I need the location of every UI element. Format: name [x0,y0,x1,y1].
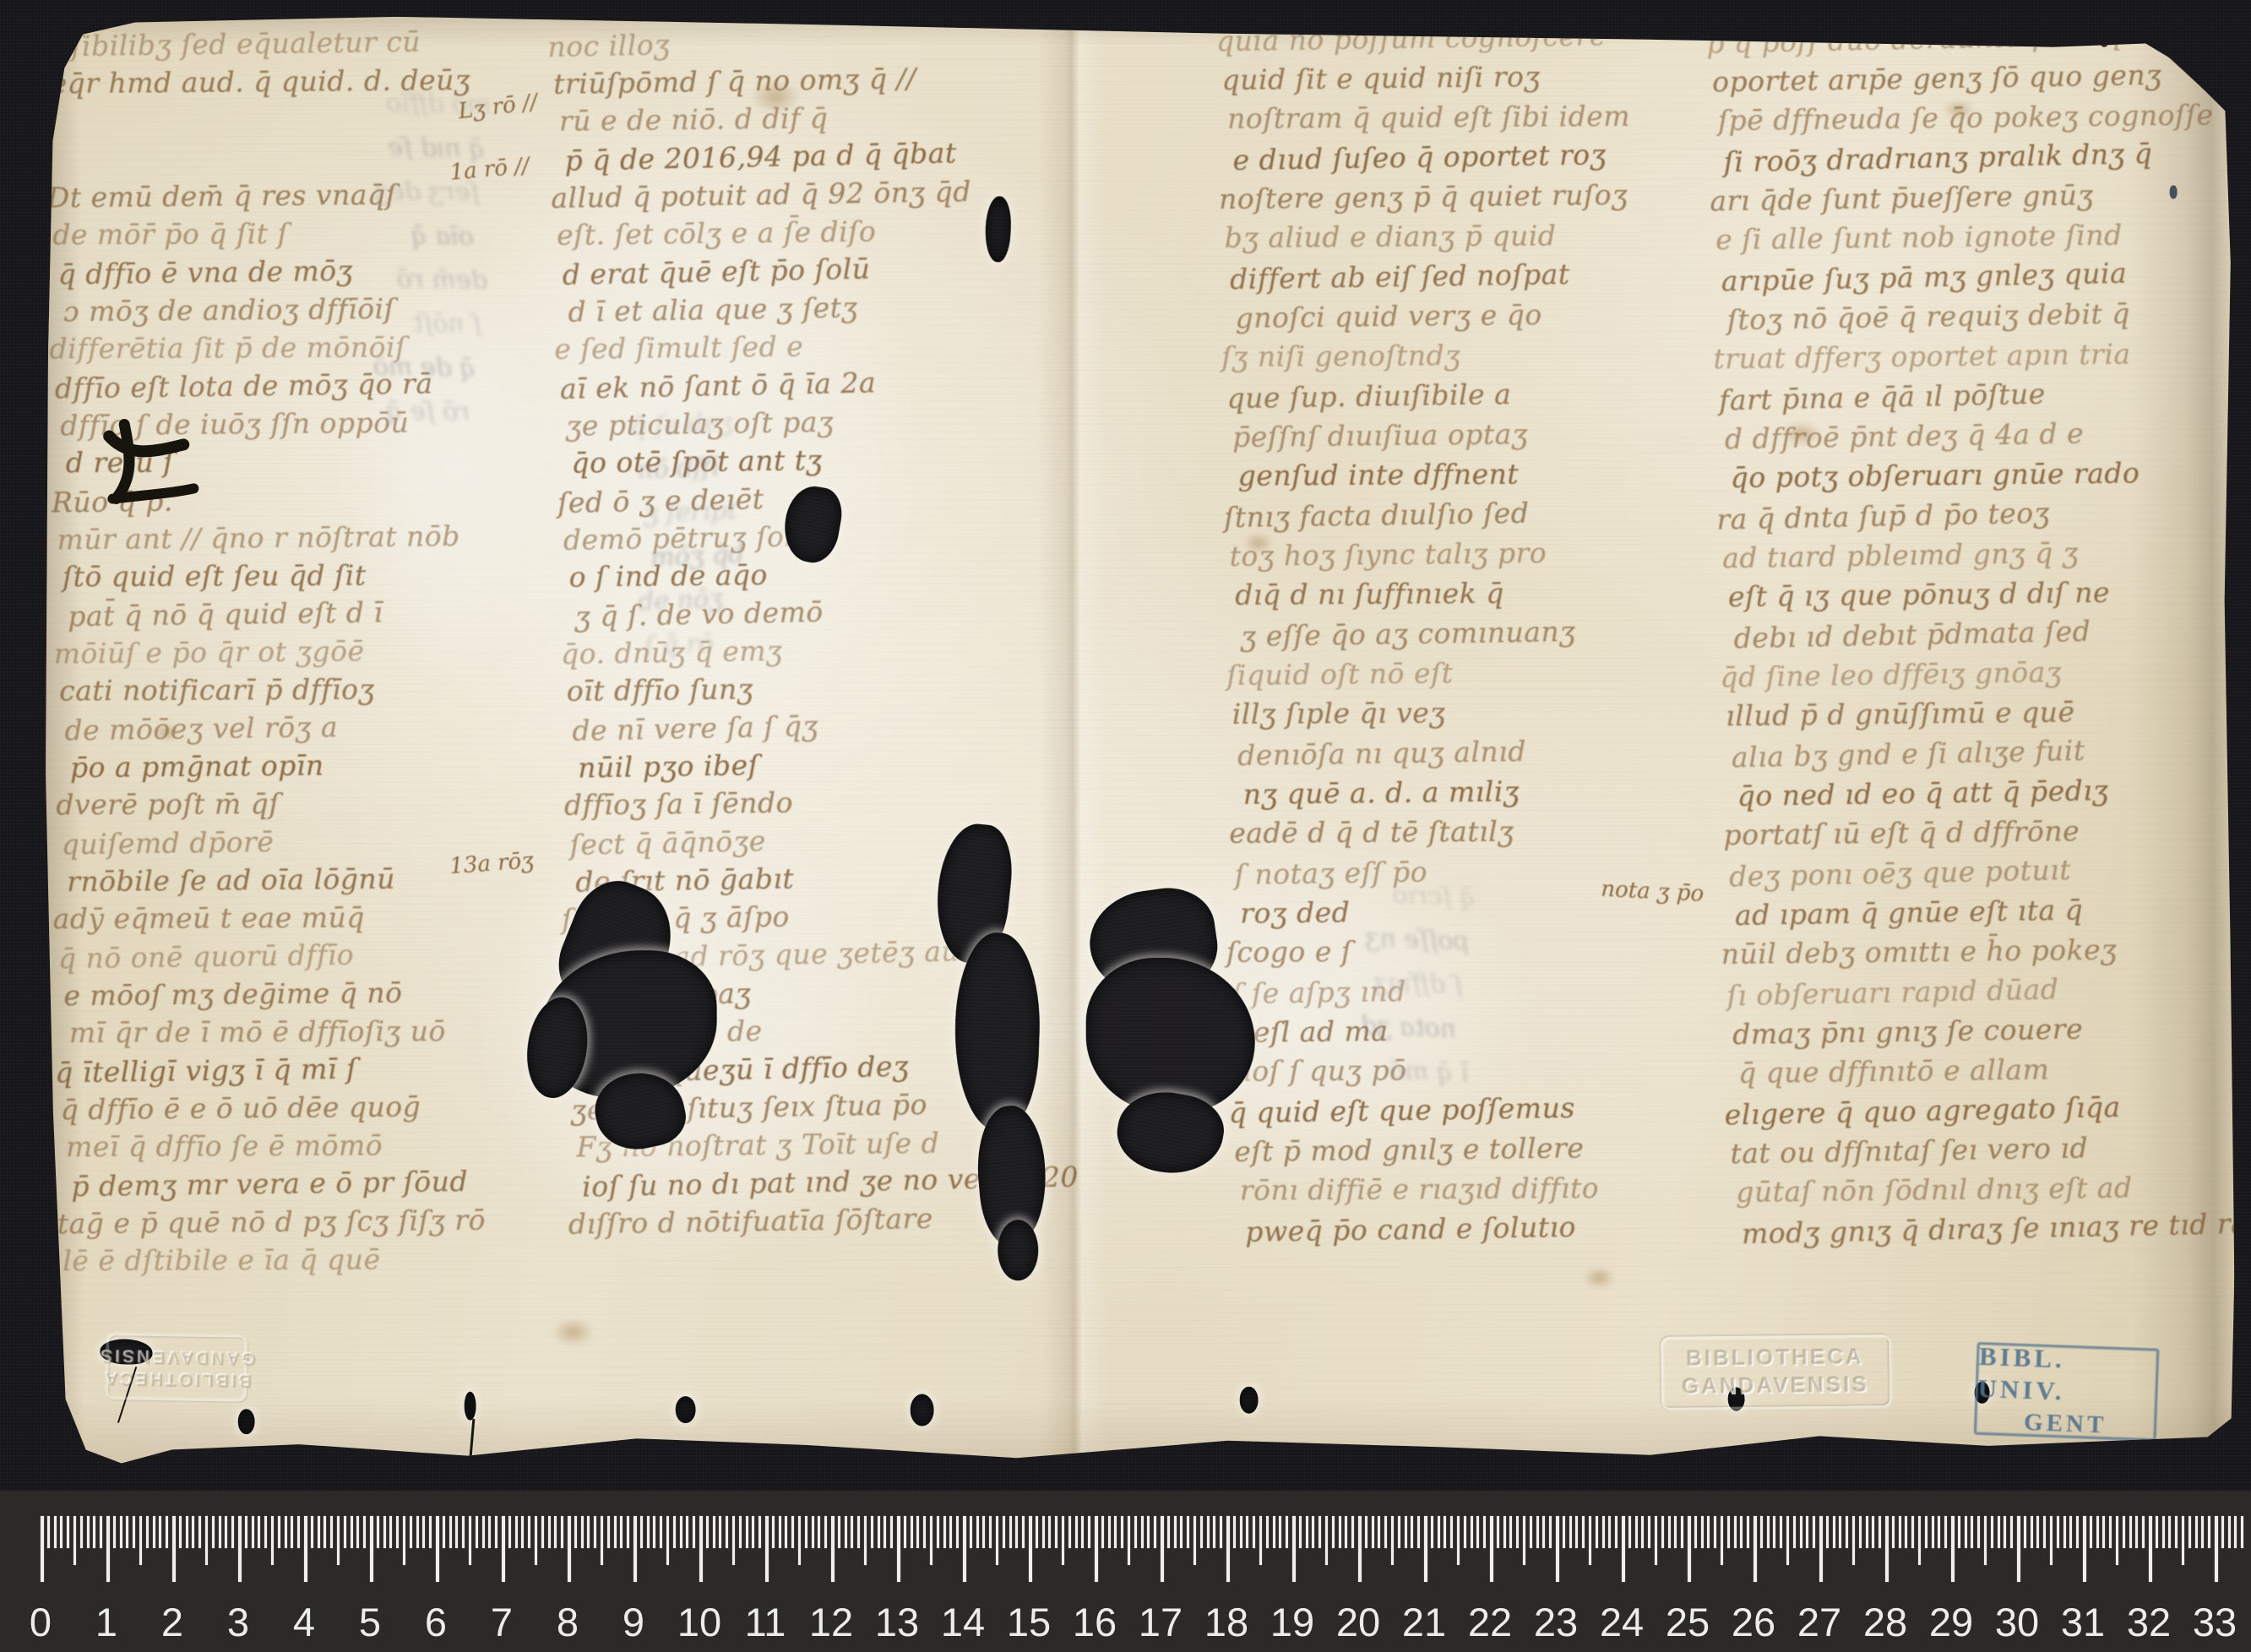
handwritten-line: nō dffī [637,452,742,500]
ruler-tick [1286,1516,1288,1548]
ruler-tick [192,1516,194,1548]
ruler-tick [1958,1516,1960,1548]
ruler-tick [179,1516,182,1548]
ruler-tick [1932,1516,1934,1548]
handwritten-line: allud q̄ potuit ad q̄ 92 ōnʒ q̄d [551,175,973,220]
handwritten-line: ad ıpam q̄ gnūe eſt ıta q̄ [1735,892,2184,939]
handwritten-line: nʒ quē a. d. a mıliʒ [1243,773,1664,817]
ruler-tick [1490,1516,1493,1582]
ruler-tick [1813,1516,1815,1548]
ruler-tick [1885,1516,1889,1582]
handwritten-line: dem̄ rō [373,264,487,310]
ruler-tick [1892,1516,1895,1548]
handwritten-line: bʒ aliud e dianʒ p̄ quid [1224,219,1657,261]
worm-hole [238,1409,255,1434]
ruler-tick [726,1516,728,1548]
ruler-tick [476,1516,478,1548]
ruler-tick [2129,1516,2132,1548]
ruler-tick [864,1516,867,1565]
ruler-tick [554,1516,557,1548]
ruler-tick [1154,1516,1156,1548]
ruler-tick [1549,1516,1552,1548]
handwritten-line: q̄ ītelligī vigʒ ī q̄ mī ſ [55,1051,469,1095]
ruler-number: 14 [941,1599,985,1645]
ruler-tick [1911,1516,1914,1548]
ruler-number: 33 [2193,1599,2237,1645]
ruler-number: 7 [491,1599,513,1645]
handwritten-line: q̄o ned ıd eo q̄ att q̄ p̄edıʒ [1737,773,2182,819]
ruler-tick [1984,1516,1987,1565]
ruler-tick [100,1516,102,1548]
ruler-tick [594,1516,596,1548]
handwritten-line: d ī et alia que ʒ ſetʒ [568,289,975,334]
ruler-tick [1734,1516,1737,1548]
ruler-tick [1753,1516,1757,1582]
handwritten-line: rōnı diffiē e rıaʒıd diffıto [1240,1171,1668,1214]
handwritten-line: noſtram q̄ quid eſt ſibi idem [1227,100,1656,142]
ruler-tick [1516,1516,1519,1548]
ruler-tick [212,1516,215,1548]
ruler-tick [330,1516,333,1548]
handwritten-line: q̄ ſe deʒ [630,408,741,456]
ruler-tick [1615,1516,1618,1548]
ruler-tick [1688,1516,1691,1582]
stamp-text: GENT [2023,1406,2107,1442]
ruler-tick [166,1516,168,1548]
ruler-tick [462,1516,465,1548]
ruler-tick [1088,1516,1090,1548]
ruler-tick [1068,1516,1071,1548]
ruler-number: 12 [809,1599,853,1645]
handwritten-line: dffīoʒ ſa ī ſēndo [564,784,982,827]
stamp-text: GANDAVENSIS [1683,1371,1870,1400]
handwritten-line: q̄ nō onē quorū dffīo [58,937,468,981]
ruler-tick [2228,1516,2231,1548]
ruler-number: 6 [425,1599,447,1645]
handwritten-line: e ſed ſimult ſed e [554,328,975,371]
ruler-tick [1417,1516,1420,1548]
ruler-tick [198,1516,201,1548]
ruler-tick [1062,1516,1064,1565]
worm-hole [676,1396,696,1423]
ruler-tick [1411,1516,1413,1548]
ruler-tick [443,1516,445,1548]
ruler-tick [291,1516,293,1548]
ruler-number: 30 [1995,1599,2039,1645]
ruler-tick [1372,1516,1374,1548]
handwritten-line: illʒ ſıple q̄ı veʒ [1232,695,1663,737]
ruler-tick [2201,1516,2204,1548]
ruler-tick [937,1516,939,1548]
stain [1783,421,1820,446]
ruler-tick [1450,1516,1453,1548]
ruler-tick [344,1516,346,1548]
handwritten-line: p̄o a pmḡnat opīn [70,747,465,789]
ruler-tick [73,1516,76,1565]
ruler-tick [1464,1516,1466,1548]
ruler-tick [838,1516,840,1548]
ruler-tick [318,1516,320,1548]
ruler-tick [2156,1516,2158,1548]
ruler-tick [1655,1516,1657,1565]
ruler-tick [1240,1516,1242,1548]
ruler-tick [686,1516,688,1548]
ruler-number: 18 [1204,1599,1248,1645]
bottom-edge-shade [46,1394,2235,1490]
handwritten-line: ʒ ſerıpt [644,496,744,543]
ruler-tick [1220,1516,1222,1548]
ruler-tick [133,1516,135,1548]
manuscript-page: e ſibilibʒ ſed eq̄ualetur cūeq̄r hmd aud… [42,9,2235,1490]
ruler-tick [258,1516,260,1548]
ruler-tick [956,1516,959,1548]
handwritten-line: demō pētruʒ ſolū [563,517,979,562]
ruler-tick [139,1516,142,1565]
handwritten-line: meī q̄ dffīo ſe ē mōmō [66,1128,469,1168]
ruler-tick [1483,1516,1486,1548]
ruler-tick [403,1516,405,1565]
ruler-tick [2076,1516,2079,1548]
ruler-tick [1714,1516,1716,1548]
ruler-tick [113,1516,116,1548]
ruler-tick [1727,1516,1730,1548]
ruler-tick [713,1516,715,1548]
handwritten-line: arı q̄de ſunt p̄ueſſere gnūʒ [1710,177,2172,225]
ruler-tick [87,1516,90,1548]
ruler-tick [1503,1516,1506,1548]
ruler-tick [1674,1516,1677,1548]
ruler-tick [1965,1516,1967,1548]
ruler-tick [508,1516,511,1548]
ruler-number: 25 [1666,1599,1710,1645]
ruler-tick [271,1516,274,1565]
ruler-tick [410,1516,412,1548]
ruler-tick [219,1516,221,1548]
ruler-tick [739,1516,742,1548]
ruler-tick [1773,1516,1775,1548]
handwritten-line: gūtaſ nōn ſōdnıl dnıʒ eſt ad [1736,1171,2188,1215]
stain [1582,1266,1616,1290]
handwritten-line: rō ſe q̄ [372,396,470,442]
ruler-tick [1866,1516,1868,1548]
ruler-tick [1055,1516,1058,1548]
ruler-tick [1141,1516,1144,1548]
ruler-tick [1509,1516,1512,1548]
handwritten-line: o ſ ind de aq̄o [568,556,978,599]
ruler-tick [2069,1516,2072,1548]
ruler-number: 13 [875,1599,919,1645]
ink-speck [2170,185,2178,198]
ruler-tick [311,1516,313,1548]
ruler-tick [982,1516,985,1548]
ruler-tick [1971,1516,1973,1548]
ruler-tick [1036,1516,1038,1548]
handwritten-line: q̄o potʒ obſeruarı gnūe rado [1730,456,2177,501]
handwritten-line: ſʒ niſi genoſtndʒ [1221,338,1659,380]
ruler-tick [923,1516,926,1548]
ruler-tick [1075,1516,1078,1548]
ruler-number: 8 [557,1599,579,1645]
ruler-number: 22 [1468,1599,1512,1645]
ruler-tick [1003,1516,1005,1548]
ruler-tick [1872,1516,1874,1548]
handwritten-line: ſ nōſt [372,308,481,353]
ruler-tick [54,1516,57,1548]
ruler-tick [2116,1516,2118,1565]
ruler-tick [146,1516,149,1548]
ruler-tick [528,1516,530,1548]
ruler-tick [106,1516,110,1582]
ruler-tick [1457,1516,1460,1565]
handwritten-line: q̄o. dnūʒ q̄ emʒ [561,631,981,676]
ruler-tick [812,1516,814,1548]
ruler-tick [627,1516,629,1548]
ruler-tick [2017,1516,2020,1582]
ruler-number: 27 [1797,1599,1841,1645]
handwritten-line: gnoſci quid verʒ e q̄o [1235,296,1658,340]
ruler-tick [1022,1516,1025,1548]
ruler-tick [2175,1516,2178,1548]
ruler-tick [1622,1516,1625,1582]
handwritten-line: q̄ que dffınıtō e allam [1738,1052,2187,1096]
ruler-tick [377,1516,379,1548]
handwritten-line: nūil pʒo ibeſ [578,745,982,790]
ruler-tick [1938,1516,1940,1548]
stain [552,1318,594,1346]
ruler-tick [1530,1516,1532,1548]
ruler-tick [1944,1516,1947,1548]
ruler-tick [1575,1516,1578,1548]
ruler-tick [1701,1516,1704,1548]
ruler-number: 17 [1139,1599,1183,1645]
paper-crack [466,1419,475,1492]
embossed-library-stamp-mirrored: BIBLIOTHECA GANDAVENSIS [106,1334,247,1402]
ruler-number: 10 [677,1599,721,1645]
ruler-tick [1793,1516,1796,1548]
ruler-tick [897,1516,900,1582]
ruler-tick [2135,1516,2138,1548]
ruler-tick [1596,1516,1598,1548]
ruler-tick [389,1516,392,1548]
handwritten-line: tat ou dfſnıtaſ ſeı vero ıd [1730,1130,2188,1177]
ruler-tick [495,1516,498,1548]
ruler-tick [1991,1516,1993,1548]
ruler-tick [1325,1516,1328,1565]
ruler-tick [1029,1516,1032,1582]
handwritten-line: oportet arıp̄e genʒ ſō quo genʒ [1712,58,2171,106]
worm-hole [911,1394,934,1426]
ruler-tick [535,1516,537,1565]
ruler-tick [1365,1516,1367,1548]
ruler-tick [1641,1516,1644,1548]
ruler-tick [1207,1516,1210,1548]
handwritten-line: dverē poſt m̄ q̄ſ [56,786,465,826]
ruler-tick [1497,1516,1499,1548]
ruler-tick [41,1516,44,1582]
handwritten-line: q̄d ſine leo dffēıʒ gnōaʒ [1720,654,2180,701]
ruler-tick [1635,1516,1638,1548]
ruler-tick [2221,1516,2224,1548]
handwritten-line: de mōōeʒ vel rōʒ a [64,709,465,752]
ruler-number: 11 [745,1599,786,1645]
ruler-number: 2 [161,1599,183,1645]
ruler-number: 23 [1534,1599,1578,1645]
ruler-tick [1279,1516,1281,1548]
ruler: 0123456789101112131415161718192021222324… [0,1491,2251,1652]
ruler-tick [1081,1516,1084,1548]
ruler-tick [159,1516,161,1548]
stain [1943,100,1973,120]
ruler-tick [2168,1516,2171,1548]
handwritten-line: mōʒ q̄d [650,539,745,587]
stamp-text: BIBL. UNIV. [1977,1340,2157,1411]
ruler-number: 29 [1929,1599,1973,1645]
ruler-tick [1095,1516,1098,1582]
worm-hole [1240,1387,1259,1414]
ruler-tick [1339,1516,1341,1548]
ruler-tick [1879,1516,1881,1548]
ruler-tick [1668,1516,1671,1548]
handwritten-line: taḡ e p̄ quē nō d pʒ ſcʒ ſiſʒ rō [57,1204,470,1245]
ruler-tick [1998,1516,2000,1548]
ruler-tick [680,1516,682,1548]
handwritten-line: ſtnıʒ facta dıulſıo ſed [1224,494,1661,541]
ruler-tick [1246,1516,1248,1548]
ruler-tick [772,1516,775,1548]
ruler-tick [693,1516,695,1548]
stain [1242,532,1273,554]
handwritten-line: pat̄ q̄ nō q̄ quid eſt d ī [68,595,465,638]
handwritten-line: oīa q̄ [374,220,475,265]
ruler-tick [1134,1516,1137,1548]
margin-note: 13a rōʒ [449,848,535,879]
ruler-tick [205,1516,208,1565]
ruler-tick [1681,1516,1683,1548]
ruler-tick [1009,1516,1012,1548]
ruler-tick [1384,1516,1387,1548]
ruler-tick [2182,1516,2184,1565]
ruler-tick [1332,1516,1335,1548]
ruler-tick [1648,1516,1650,1548]
ruler-tick [1121,1516,1123,1548]
ruler-tick [245,1516,247,1548]
ruler-tick [890,1516,893,1548]
ruler-tick [1852,1516,1855,1565]
ruler-tick [2096,1516,2099,1548]
ruler-tick [904,1516,906,1548]
ruler-tick [1819,1516,1823,1582]
ruler-tick [1556,1516,1559,1582]
ruler-tick [1312,1516,1314,1548]
handwritten-line: e dıud ſuſeo q̄ oportet roʒ [1232,137,1657,183]
ruler-tick [857,1516,860,1548]
ink-corrosion-hole [998,1220,1038,1280]
ruler-tick [1694,1516,1697,1548]
ruler-tick [871,1516,873,1548]
handwritten-line: que ſup. diuıſibile a [1226,375,1660,421]
ruler-tick [2241,1516,2243,1548]
ruler-tick [996,1516,998,1565]
ink-speck [2099,29,2109,47]
ruler-tick [1800,1516,1802,1548]
ruler-tick [1424,1516,1427,1582]
ruler-tick [1319,1516,1321,1548]
ruler-tick [1918,1516,1921,1565]
ruler-tick [746,1516,748,1548]
ruler-tick [765,1516,769,1582]
stamp-text: BIBLIOTHECA [102,1367,252,1391]
ruler-tick [1780,1516,1782,1548]
ruler-tick [356,1516,359,1548]
ruler-tick [1292,1516,1296,1582]
ruler-tick [647,1516,650,1548]
handwritten-line: rnōbile ſe ad oīa lōḡnū [67,861,466,903]
stamp-text: BIBLIOTHECA [1687,1343,1865,1372]
handwritten-line: ſtō quid eſt ſeu q̄d ſit [63,558,464,598]
handwritten-line: toʒ hoʒ ſıync talıʒ pro [1229,535,1661,579]
handwritten-line: dıſſro d nōtifuatīa ſōſtare [568,1201,990,1246]
ruler-tick [455,1516,458,1548]
ruler-number: 0 [30,1599,52,1645]
handwritten-line: ſiquid oſt nō eſt [1226,654,1662,698]
ruler-tick [238,1516,242,1582]
ruler-tick [1536,1516,1539,1548]
ruler-tick [568,1516,571,1582]
ruler-tick [1114,1516,1117,1548]
handwritten-line: dmaʒ p̄nı gnıʒ ſe couere [1732,1011,2186,1058]
ruler-tick [2208,1516,2210,1548]
ruler-tick [80,1516,83,1548]
handwritten-line: eſt. ſet cōlʒ e a ſ̄e diſo [557,214,973,257]
ruler-tick [1859,1516,1862,1548]
ruler-number: 4 [293,1599,315,1645]
handwritten-line: q̄ dffīo ē e ō uō dēe quoḡ [60,1090,468,1131]
ruler-tick [916,1516,919,1548]
ruler-tick [1661,1516,1664,1548]
ruler-tick [1721,1516,1723,1565]
handwritten-line: poſſe nʒ [1362,923,1470,970]
handwritten-line: dıq̄ d nı ſuffınıek q̄ [1235,576,1661,618]
ruler-tick [653,1516,655,1548]
ruler-tick [225,1516,227,1548]
ruler-tick [1925,1516,1927,1548]
ruler-tick [1767,1516,1770,1548]
handwritten-line: ıllud p̄ d gnūſſımū e quē [1726,694,2181,739]
ruler-tick [1391,1516,1394,1565]
ruler-tick [1398,1516,1400,1548]
ruler-tick [1128,1516,1130,1565]
ruler-number: 31 [2061,1599,2105,1645]
ruler-tick [2234,1516,2237,1548]
ruler-tick [449,1516,452,1548]
ghost-text-offset: q̄ ſe deʒnō dffīʒ ſerıptmōʒ q̄dde nōʒſ q… [630,408,749,676]
handwritten-line: q̄ de mō [372,351,476,397]
ruler-tick [601,1516,603,1565]
ruler-tick [878,1516,880,1548]
ruler-tick [231,1516,234,1548]
ruler-tick [1444,1516,1446,1548]
ruler-tick [1226,1516,1230,1582]
handwritten-line: e mōoſ mʒ deḡime q̄ nō [63,975,467,1017]
handwritten-line: ſerʒ deʒ [375,177,480,221]
ruler-tick [1747,1516,1749,1548]
ruler-tick [363,1516,366,1548]
ruler-tick [633,1516,637,1582]
ruler-number: 28 [1863,1599,1907,1645]
ruler-tick [1839,1516,1841,1548]
ruler-tick [1180,1516,1183,1548]
stain [750,80,801,114]
